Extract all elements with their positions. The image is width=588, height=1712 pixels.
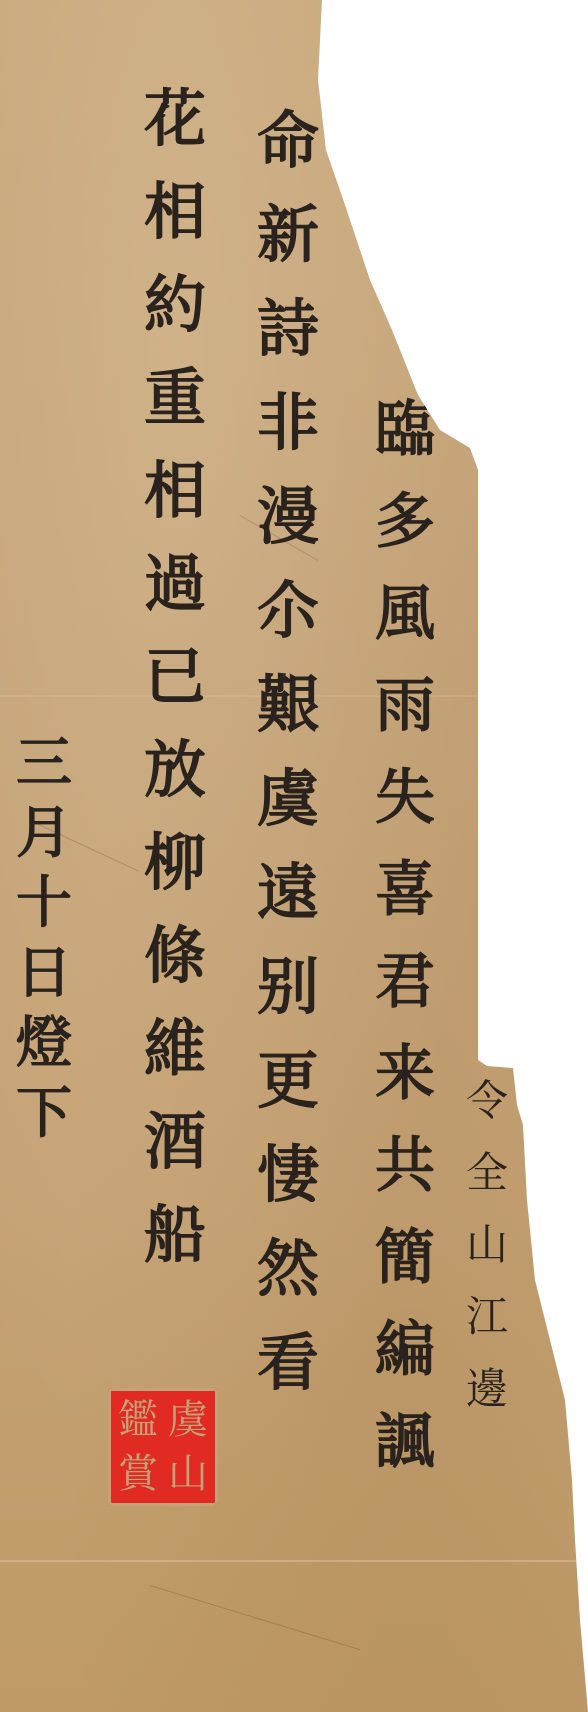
seal-char: 虞 xyxy=(164,1394,212,1446)
char: 維 xyxy=(144,1018,206,1080)
char: 臨 xyxy=(375,400,435,460)
date-inscription: 三 月 十 日 燈 下 xyxy=(5,735,83,1141)
char: 失 xyxy=(375,768,435,828)
char: 漫 xyxy=(257,486,319,548)
text-column-4: 花 相 約 重 相 過 已 放 柳 條 維 酒 船 xyxy=(125,88,225,1266)
char: 新 xyxy=(257,204,319,266)
char: 條 xyxy=(144,925,206,987)
char: 虞 xyxy=(257,768,319,830)
char: 悽 xyxy=(257,1144,319,1206)
char: 更 xyxy=(257,1050,319,1112)
char: 編 xyxy=(375,1320,435,1380)
char: 来 xyxy=(375,1044,435,1104)
char: 燈 xyxy=(16,1015,72,1071)
char: 諷 xyxy=(375,1412,435,1472)
char: 詩 xyxy=(257,298,319,360)
char: 艱 xyxy=(257,674,319,736)
char: 重 xyxy=(144,367,206,429)
char: 然 xyxy=(257,1238,319,1300)
char: 船 xyxy=(144,1204,206,1266)
char: 日 xyxy=(16,945,72,1001)
char: 花 xyxy=(144,88,206,150)
char: 風 xyxy=(375,584,435,644)
char: 共 xyxy=(375,1136,435,1196)
char: 酒 xyxy=(144,1111,206,1173)
paper-crease xyxy=(150,1585,361,1650)
char: 遠 xyxy=(257,862,319,924)
text-column-2: 臨 多 風 雨 失 喜 君 来 共 簡 編 諷 xyxy=(355,400,455,1472)
char: 看 xyxy=(257,1332,319,1394)
seal-char: 鑑 xyxy=(114,1394,162,1446)
manuscript-paper: 令 全 山 江 邊 臨 多 風 雨 失 喜 君 来 共 簡 編 諷 命 新 詩 … xyxy=(0,0,588,1712)
char: 月 xyxy=(16,805,72,861)
char: 喜 xyxy=(375,860,435,920)
char: 相 xyxy=(144,181,206,243)
char: 三 xyxy=(16,735,72,791)
char: 已 xyxy=(144,646,206,708)
char: 邊 xyxy=(466,1368,508,1410)
char: 過 xyxy=(144,553,206,615)
char: 十 xyxy=(16,875,72,931)
fold-line xyxy=(0,1560,588,1562)
char: 約 xyxy=(144,274,206,336)
char: 雨 xyxy=(375,676,435,736)
text-column-3: 命 新 詩 非 漫 尒 艱 虞 遠 别 更 悽 然 看 xyxy=(238,110,338,1394)
char: 全 xyxy=(466,1152,508,1194)
char: 多 xyxy=(375,492,435,552)
char: 君 xyxy=(375,952,435,1012)
red-seal-stamp: 鑑 虞 賞 山 xyxy=(108,1388,218,1506)
char: 江 xyxy=(466,1296,508,1338)
char: 非 xyxy=(257,392,319,454)
seal-char: 賞 xyxy=(114,1448,162,1500)
char: 柳 xyxy=(144,832,206,894)
char: 命 xyxy=(257,110,319,172)
char: 尒 xyxy=(257,580,319,642)
char: 别 xyxy=(257,956,319,1018)
char: 令 xyxy=(466,1080,508,1122)
char: 下 xyxy=(16,1085,72,1141)
char: 放 xyxy=(144,739,206,801)
text-column-1: 令 全 山 江 邊 xyxy=(452,1080,522,1410)
char: 簡 xyxy=(375,1228,435,1288)
seal-char: 山 xyxy=(164,1448,212,1500)
char: 相 xyxy=(144,460,206,522)
char: 山 xyxy=(466,1224,508,1266)
